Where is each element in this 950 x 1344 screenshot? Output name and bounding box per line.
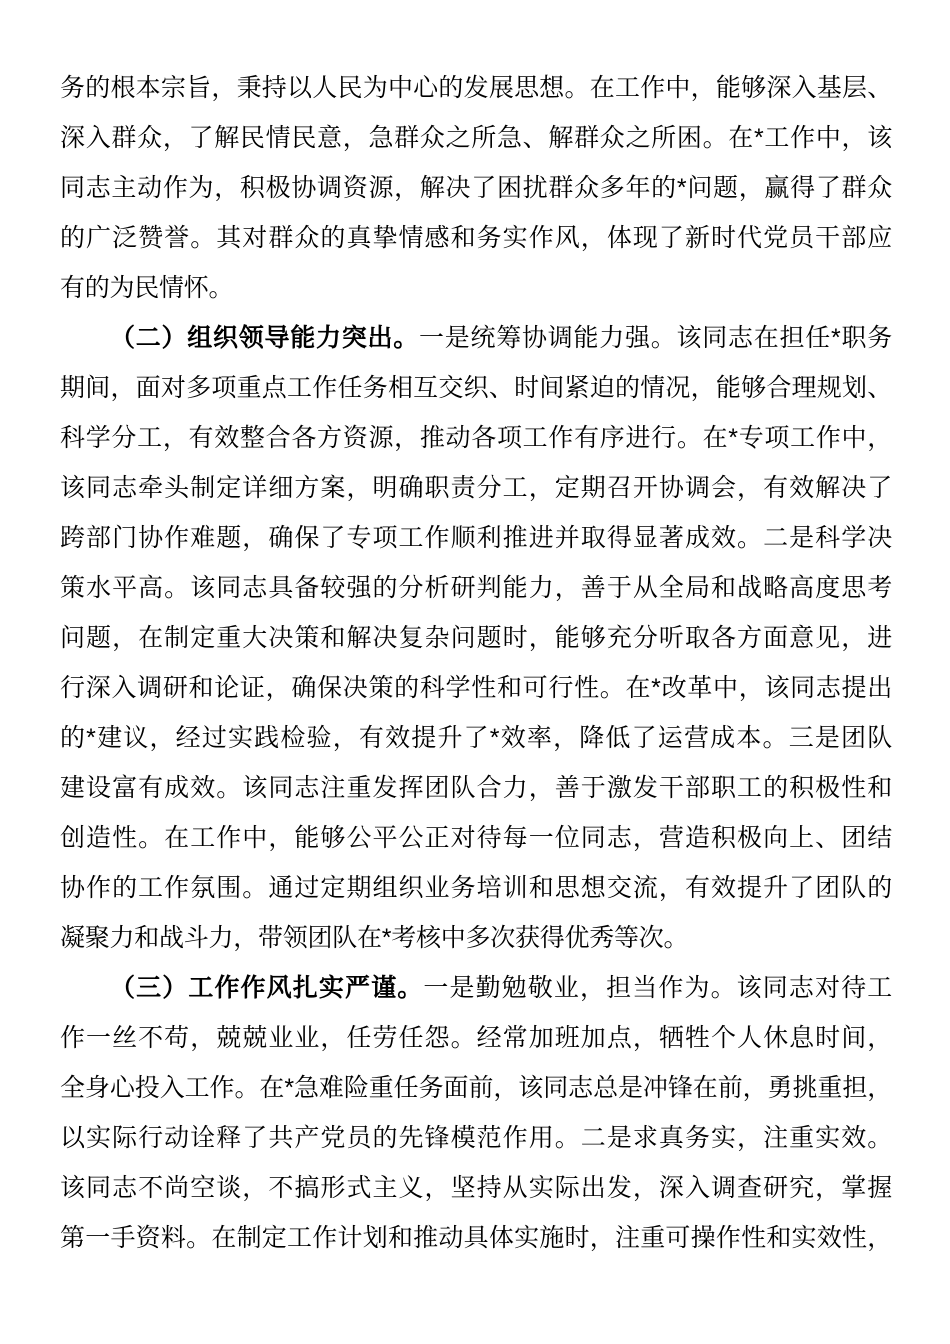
paragraph: （三）工作作风扎实严谨。一是勤勉敬业，担当作为。该同志对待工作一丝不苟，兢兢业业…	[60, 963, 892, 1263]
text-run: 一是统筹协调能力强。该同志在担任*职务	[419, 324, 892, 352]
text-run: 协作的工作氛围。通过定期组织业务培训和思想交流，有效提升了团队的	[60, 874, 892, 902]
text-run: 作一丝不苟，兢兢业业，任劳任怨。经常加班加点，牺牲个人休息时间，	[60, 1024, 892, 1052]
text-run: 一是勤勉敬业，担当作为。该同志对待工	[423, 974, 892, 1002]
text-run: 以实际行动诠释了共产党员的先锋模范作用。二是求真务实，注重实效。	[60, 1124, 892, 1152]
text-line: 凝聚力和战斗力，带领团队在*考核中多次获得优秀等次。	[60, 913, 892, 963]
paragraph: 务的根本宗旨，秉持以人民为中心的发展思想。在工作中，能够深入基层、深入群众，了解…	[60, 63, 892, 313]
text-run: 有的为民情怀。	[60, 274, 233, 302]
text-line: 同志主动作为，积极协调资源，解决了困扰群众多年的*问题，赢得了群众	[60, 163, 892, 213]
text-line: 期间，面对多项重点工作任务相互交织、时间紧迫的情况，能够合理规划、	[60, 363, 892, 413]
text-line: 深入群众，了解民情民意，急群众之所急、解群众之所困。在*工作中，该	[60, 113, 892, 163]
text-line: 以实际行动诠释了共产党员的先锋模范作用。二是求真务实，注重实效。	[60, 1113, 892, 1163]
text-line: 创造性。在工作中，能够公平公正对待每一位同志，营造积极向上、团结	[60, 813, 892, 863]
text-run: 行深入调研和论证，确保决策的科学性和可行性。在*改革中，该同志提出	[60, 674, 892, 702]
text-line: 该同志牵头制定详细方案，明确职责分工，定期召开协调会，有效解决了	[60, 463, 892, 513]
text-line: 的*建议，经过实践检验，有效提升了*效率，降低了运营成本。三是团队	[60, 713, 892, 763]
text-run: 全身心投入工作。在*急难险重任务面前，该同志总是冲锋在前，勇挑重担，	[60, 1074, 892, 1102]
text-line: 问题，在制定重大决策和解决复杂问题时，能够充分听取各方面意见，进	[60, 613, 892, 663]
text-run: 同志主动作为，积极协调资源，解决了困扰群众多年的*问题，赢得了群众	[60, 174, 892, 202]
text-line: 策水平高。该同志具备较强的分析研判能力，善于从全局和战略高度思考	[60, 563, 892, 613]
text-run: 的*建议，经过实践检验，有效提升了*效率，降低了运营成本。三是团队	[60, 724, 892, 752]
text-run: 务的根本宗旨，秉持以人民为中心的发展思想。在工作中，能够深入基层、	[60, 74, 892, 102]
text-line: 该同志不尚空谈，不搞形式主义，坚持从实际出发，深入调查研究，掌握	[60, 1163, 892, 1213]
document-page: 务的根本宗旨，秉持以人民为中心的发展思想。在工作中，能够深入基层、深入群众，了解…	[0, 0, 950, 1344]
text-line: 全身心投入工作。在*急难险重任务面前，该同志总是冲锋在前，勇挑重担，	[60, 1063, 892, 1113]
text-run: 创造性。在工作中，能够公平公正对待每一位同志，营造积极向上、团结	[60, 824, 892, 852]
text-line: 作一丝不苟，兢兢业业，任劳任怨。经常加班加点，牺牲个人休息时间，	[60, 1013, 892, 1063]
text-line: 科学分工，有效整合各方资源，推动各项工作有序进行。在*专项工作中，	[60, 413, 892, 463]
text-run: 跨部门协作难题，确保了专项工作顺利推进并取得显著成效。二是科学决	[60, 524, 892, 552]
text-line: 的广泛赞誉。其对群众的真挚情感和务实作风，体现了新时代党员干部应	[60, 213, 892, 263]
text-run: 期间，面对多项重点工作任务相互交织、时间紧迫的情况，能够合理规划、	[60, 374, 892, 402]
document-body: 务的根本宗旨，秉持以人民为中心的发展思想。在工作中，能够深入基层、深入群众，了解…	[60, 63, 892, 1263]
text-run: 凝聚力和战斗力，带领团队在*考核中多次获得优秀等次。	[60, 924, 688, 952]
text-run: 该同志不尚空谈，不搞形式主义，坚持从实际出发，深入调查研究，掌握	[60, 1174, 892, 1202]
text-run: 建设富有成效。该同志注重发挥团队合力，善于激发干部职工的积极性和	[60, 774, 892, 802]
text-run: 策水平高。该同志具备较强的分析研判能力，善于从全局和战略高度思考	[60, 574, 892, 602]
text-line: 建设富有成效。该同志注重发挥团队合力，善于激发干部职工的积极性和	[60, 763, 892, 813]
text-run: 科学分工，有效整合各方资源，推动各项工作有序进行。在*专项工作中，	[60, 424, 892, 452]
text-line: 行深入调研和论证，确保决策的科学性和可行性。在*改革中，该同志提出	[60, 663, 892, 713]
text-line: （三）工作作风扎实严谨。一是勤勉敬业，担当作为。该同志对待工	[60, 963, 892, 1013]
text-run: 深入群众，了解民情民意，急群众之所急、解群众之所困。在*工作中，该	[60, 124, 892, 152]
text-run: 的广泛赞誉。其对群众的真挚情感和务实作风，体现了新时代党员干部应	[60, 224, 892, 252]
text-line: （二）组织领导能力突出。一是统筹协调能力强。该同志在担任*职务	[60, 313, 892, 363]
text-line: 务的根本宗旨，秉持以人民为中心的发展思想。在工作中，能够深入基层、	[60, 63, 892, 113]
section-heading: （三）工作作风扎实严谨。	[110, 974, 423, 1002]
text-run: 问题，在制定重大决策和解决复杂问题时，能够充分听取各方面意见，进	[60, 624, 892, 652]
paragraph: （二）组织领导能力突出。一是统筹协调能力强。该同志在担任*职务期间，面对多项重点…	[60, 313, 892, 963]
text-line: 跨部门协作难题，确保了专项工作顺利推进并取得显著成效。二是科学决	[60, 513, 892, 563]
text-line: 有的为民情怀。	[60, 263, 892, 313]
text-line: 第一手资料。在制定工作计划和推动具体实施时，注重可操作性和实效性，	[60, 1213, 892, 1263]
text-line: 协作的工作氛围。通过定期组织业务培训和思想交流，有效提升了团队的	[60, 863, 892, 913]
text-run: 该同志牵头制定详细方案，明确职责分工，定期召开协调会，有效解决了	[60, 474, 892, 502]
text-run: 第一手资料。在制定工作计划和推动具体实施时，注重可操作性和实效性，	[60, 1224, 892, 1252]
section-heading: （二）组织领导能力突出。	[110, 324, 419, 352]
